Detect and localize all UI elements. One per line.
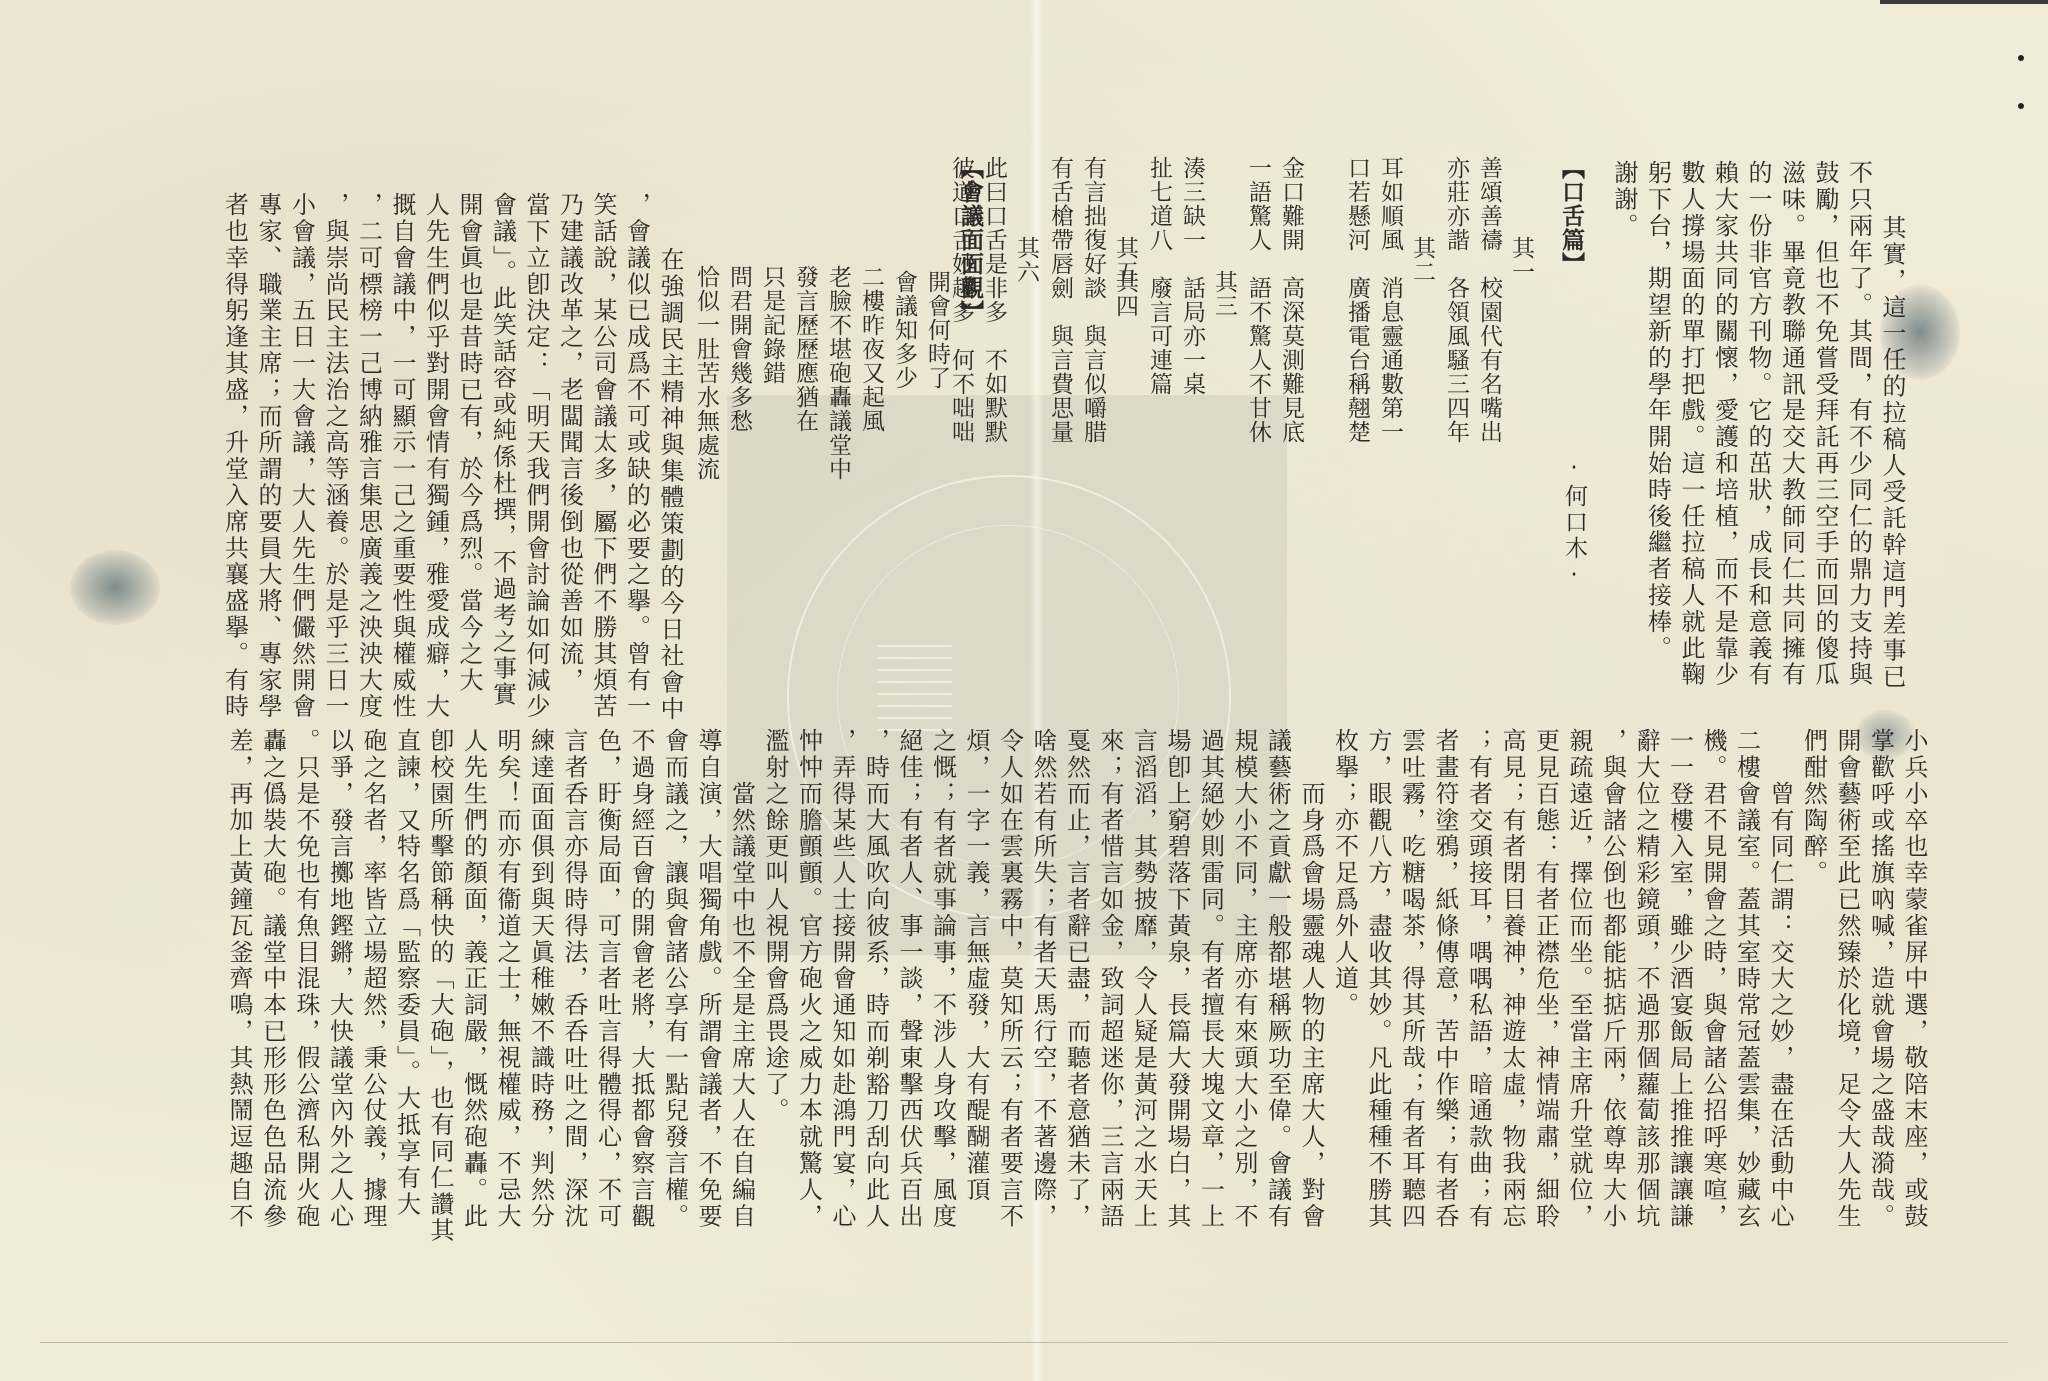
meeting-poem-line: 會議知多少 (887, 270, 920, 390)
verse-line: 口若懸河 廣播電台稱翹楚 (1340, 156, 1373, 444)
prose-line: 者畫符塗鴉，紙條傳意，苦中作樂；有者呑 (1428, 728, 1462, 1318)
prose-line: 者也幸得躬逢其盛，升堂入席共襄盛擧。有時 (217, 192, 251, 652)
prose-line: 笑話說，某公司會議太多，屬下們不勝其煩苦 (586, 192, 620, 652)
prose-line: 會而議之，讓與會諸公享有一點兒發言權。 (657, 728, 691, 1318)
prose-line: 躬下台，期望新的學年開始時後繼者接棒。 (1640, 160, 1674, 640)
intro-prose: 其實，這一任的拉稿人受託幹這門差事已不只兩年了。其間，有不少同仁的鼎力支持與鼓勵… (1607, 160, 1909, 640)
prose-line: 規模大小不同，主席亦有來頭大小之別，不 (1227, 728, 1261, 1318)
prose-line: 在強調民主精神與集體策劃的今日社會中 (653, 192, 687, 652)
prose-line: 枚擧；亦不足爲外人道。 (1327, 728, 1361, 1318)
prose-line: 會議」。此笑話容或純係杜撰，不過考之事實 (485, 192, 519, 652)
prose-line: 二樓會議室。蓋其室時常冠蓋雲集，妙藏玄 (1729, 728, 1763, 1318)
meeting-poem-line: 問君開會幾多愁 (722, 265, 755, 433)
meeting-poem-line: 恰似一肚苦水無處流 (689, 265, 722, 481)
prose-line: 其實，這一任的拉稿人受託幹這門差事已 (1875, 160, 1909, 640)
prose-line: 掌歡呼或搖旗吶喊，造就會場之盛哉漪哉。 (1863, 728, 1897, 1318)
prose-line: 鼓勵，但也不免嘗受拜託再三空手而回的傻瓜 (1808, 160, 1842, 640)
prose-line: 之慨；有者就事論事，不涉人身攻擊，風度 (925, 728, 959, 1318)
prose-line: 卽校園所擊節稱快的「大砲」，也有同仁讚其 (423, 728, 457, 1318)
prose-line: 更見百態：有者正襟危坐，神情端肅，細聆 (1528, 728, 1562, 1318)
prose-line: 的一份非官方刊物。它的茁狀，成長和意義有 (1741, 160, 1775, 640)
prose-line: 來；有者惜言如金，致詞超迷你，三言兩語 (1093, 728, 1127, 1318)
meeting-prose-top: 在強調民主精神與集體策劃的今日社會中，會議似已成爲不可或缺的必要之擧。曾有一笑話… (217, 192, 686, 652)
meeting-poem-line: 二樓昨夜又起風 (854, 265, 887, 433)
meeting-poem-line: 老臉不堪砲轟議堂中 (821, 265, 854, 481)
prose-line: 乃建議改革之，老闆聞言後倒也從善如流， (552, 192, 586, 652)
staple-holes (2018, 55, 2024, 115)
prose-line: 令人如在雲裏霧中，莫知所云；有者要言不 (992, 728, 1026, 1318)
prose-line: 摡自會議中，一可顯示一己之重要性與權威性 (385, 192, 419, 652)
prose-line: 機。君不見開會之時，與會諸公招呼寒喧， (1696, 728, 1730, 1318)
prose-line: ；有者交頭接耳，喁喁私語，暗通款曲；有 (1461, 728, 1495, 1318)
prose-line: ，與崇尚民主法治之高等涵養。於是乎三日一 (318, 192, 352, 652)
prose-line: 親疏遠近，擇位而坐。至當主席升堂就位， (1562, 728, 1596, 1318)
verse-line: 有言拙復好談 與言似嚼腊 (1076, 156, 1109, 444)
verse-line: 亦莊亦諧 各領風騷三四年 (1439, 156, 1472, 444)
prose-line: 轟之僞裝大砲。議堂中本已形形色色品流參 (255, 728, 289, 1318)
section-title-kou-she: 【口舌篇】 (1555, 156, 1588, 276)
meeting-poem-line: 只是記錄錯 (755, 265, 788, 385)
prose-line: 辭大位之精彩鏡頭，不過那個蘿蔔該那個坑 (1629, 728, 1663, 1318)
verse-label: 其一 (1505, 236, 1538, 284)
prose-line: 言者呑言亦得時得法，呑呑吐吐之間，深沈 (557, 728, 591, 1318)
prose-line: 曾有同仁謂：交大之妙，盡在活動中心 (1763, 728, 1797, 1318)
ink-stain (70, 550, 160, 625)
prose-line: 人先生們的顏面，義正詞嚴，慨然砲轟。此 (456, 728, 490, 1318)
prose-line: ，與會諸公倒也都能掂掂斤兩，依尊卑大小 (1595, 728, 1629, 1318)
verse-label: 其五 (1109, 236, 1142, 284)
meeting-poem-line: 開會何時了 (920, 270, 953, 390)
prose-line: 忡忡而膽顫顫。官方砲火之威力本就驚人， (791, 728, 825, 1318)
prose-line: 雲吐霧，吃糖喝茶，得其所哉；有者耳聽四 (1394, 728, 1428, 1318)
prose-line: 煩，一字一義，言無虛發，大有醍醐灌頂 (959, 728, 993, 1318)
section-title-meeting: 【會議面面觀】 (954, 156, 987, 324)
prose-line: 方，眼觀八方，盡收其妙。凡此種種不勝其 (1361, 728, 1395, 1318)
page-top-edge (1880, 0, 2048, 4)
prose-line: ，二可標榜一己博納雅言集思廣義之泱泱大度 (351, 192, 385, 652)
prose-line: 們酣然陶醉。 (1796, 728, 1830, 1318)
verse-label: 其六 (1010, 236, 1043, 284)
prose-line: 而身爲會場靈魂人物的主席大人，對會 (1294, 728, 1328, 1318)
prose-line: 人先生們似乎對開會情有獨鍾，雅愛成癖，大 (418, 192, 452, 652)
prose-line: 言滔滔，其勢披靡，令人疑是黃河之水天上 (1126, 728, 1160, 1318)
author-byline: ·何口木· (1558, 455, 1591, 591)
prose-line: 導自演，大唱獨角戲。所謂會議者，不免要 (691, 728, 725, 1318)
prose-line: 賴大家共同的關懷，愛護和培植，而不是靠少 (1707, 160, 1741, 640)
prose-line: 專家、職業主席；而所謂的要員大將、專家學 (251, 192, 285, 652)
meeting-prose-bottom: 小兵小卒也幸蒙雀屏中選，敬陪末座，或鼓掌歡呼或搖旗吶喊，造就會場之盛哉漪哉。開會… (222, 728, 1931, 1318)
prose-line: 當下立卽決定：「明天我們開會討論如何減少 (519, 192, 553, 652)
page-bottom-line (40, 1342, 2008, 1343)
prose-line: 小兵小卒也幸蒙雀屏中選，敬陪末座，或鼓 (1897, 728, 1931, 1318)
verse-line: 善頌善禱 校園代有名嘴出 (1472, 156, 1505, 444)
prose-line: 啥然若有所失；有者天馬行空，不著邊際， (1026, 728, 1060, 1318)
prose-line: 小會議，五日一大會議，大人先生們儼然開會 (284, 192, 318, 652)
prose-line: 過其絕妙則雷同。有者擅長大塊文章，一上 (1193, 728, 1227, 1318)
prose-line: 高見；有者閉目養神，神遊太虛，物我兩忘 (1495, 728, 1529, 1318)
prose-line: ，弄得某些人士接開會通知如赴鴻門宴，心 (825, 728, 859, 1318)
prose-line: 數人撐場面的單打把戲。這一任拉稿人就此鞠 (1674, 160, 1708, 640)
verse-line: 湊三缺一 話局亦一桌 (1175, 156, 1208, 396)
prose-line: 開會藝術至此已然臻於化境，足令大人先生 (1830, 728, 1864, 1318)
verse-line: 金口難開 高深莫測難見底 (1274, 156, 1307, 444)
prose-line: 場卽上窮碧落下黃泉，長篇大發開場白，其 (1160, 728, 1194, 1318)
meeting-poem-line: 發言歷歷應猶在 (788, 265, 821, 433)
prose-line: 。只是不免也有魚目混珠，假公濟私開火砲 (289, 728, 323, 1318)
prose-line: 議藝術之貢獻一般都堪稱厥功至偉。會議有 (1260, 728, 1294, 1318)
prose-line: 色，盱衡局面，可言者吐言得體得心，不可 (590, 728, 624, 1318)
prose-line: 當然議堂中也不全是主席大人在自編自 (724, 728, 758, 1318)
prose-line: 不只兩年了。其間，有不少同仁的鼎力支持與 (1841, 160, 1875, 640)
verse-label: 其二 (1406, 236, 1439, 284)
prose-line: 練達面面俱到與天眞稚嫩不識時務，判然分 (523, 728, 557, 1318)
verse-line: 一語驚人 語不驚人不甘休 (1241, 156, 1274, 444)
prose-line: 一一登樓入室，雖少酒宴飯局上推推讓讓謙 (1662, 728, 1696, 1318)
verse-line: 有舌槍帶唇劍 與言費思量 (1043, 156, 1076, 444)
prose-line: ，時而大風吹向彼系，時而剃豁刀刮向此人 (858, 728, 892, 1318)
verse-line: 耳如順風 消息靈通數第一 (1373, 156, 1406, 444)
prose-line: 絕佳；有者人、事一談，聲東擊西伏兵百出 (892, 728, 926, 1318)
prose-line: 不過身經百會的開會老將，大抵都會察言觀 (624, 728, 658, 1318)
prose-line: 以爭，發言擲地鏗鏘，大快議堂內外之人心 (322, 728, 356, 1318)
prose-line: 直諫，又特名爲「監察委員」。大抵享有大 (389, 728, 423, 1318)
prose-line: 滋味。畢竟教聯通訊是交大教師同仁共同擁有 (1774, 160, 1808, 640)
prose-line: 差，再加上黃鐘瓦釜齊鳴，其熱鬧逗趣自不 (222, 728, 256, 1318)
verse-label: 其三 (1208, 270, 1241, 318)
verse-line: 扯七道八 廢言可連篇 (1142, 156, 1175, 396)
prose-line: 戛然而止，言者辭已盡，而聽者意猶未了， (1059, 728, 1093, 1318)
prose-line: 濫射之餘更叫人視開會爲畏途了。 (758, 728, 792, 1318)
prose-line: 開會眞也是昔時已有，於今爲烈。當今之大 (452, 192, 486, 652)
prose-line: ，會議似已成爲不可或缺的必要之擧。曾有一 (619, 192, 653, 652)
prose-line: 謝謝。 (1607, 160, 1641, 640)
prose-line: 砲之名者，率皆立場超然，秉公仗義，據理 (356, 728, 390, 1318)
prose-line: 明矣！而亦有衞道之士，無視權威，不忌大 (490, 728, 524, 1318)
